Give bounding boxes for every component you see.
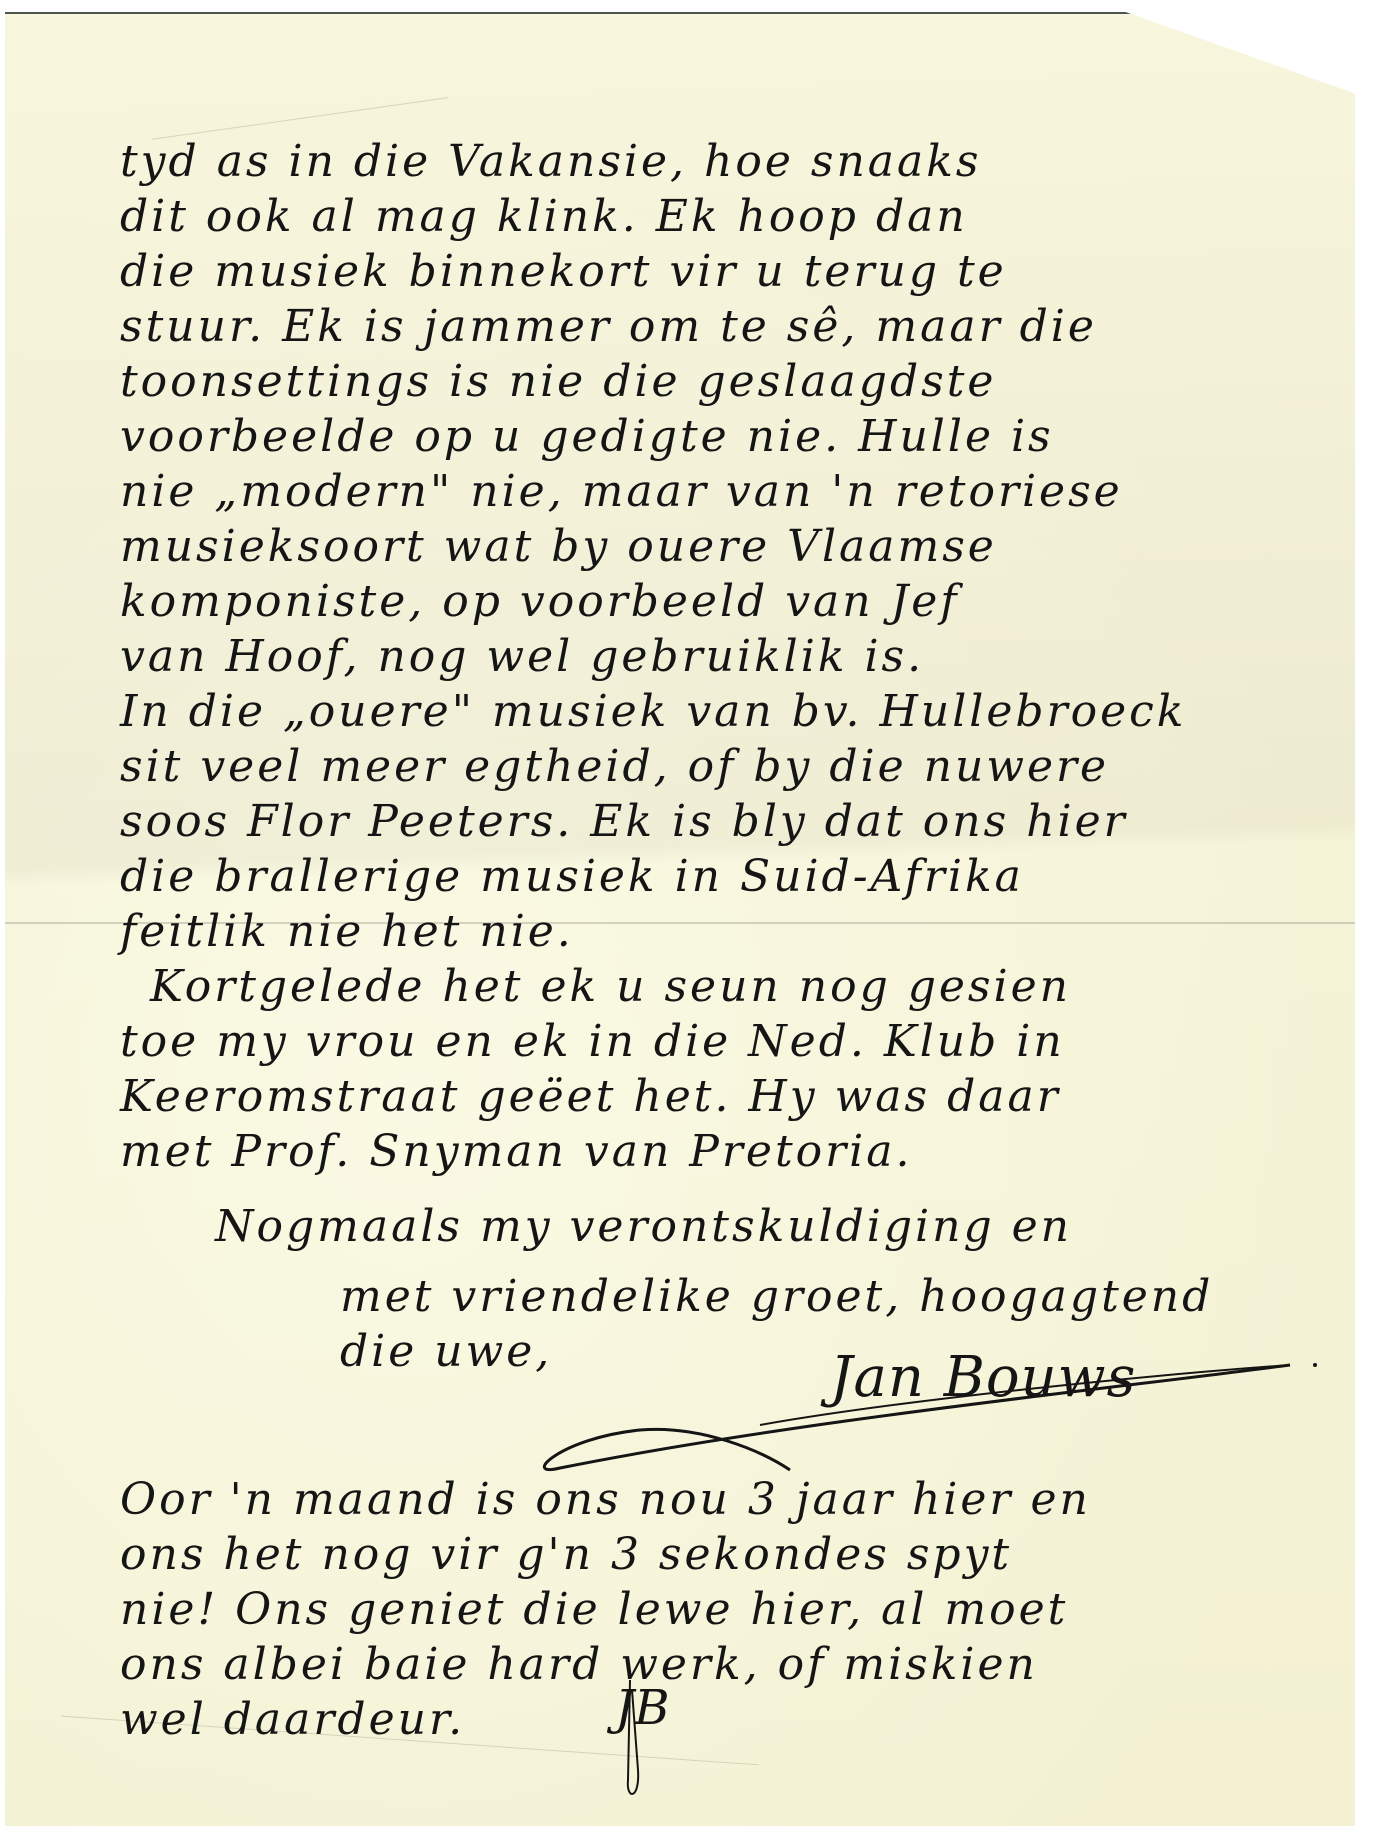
letter-body: tyd as in die Vakansie, hoe snaaks dit o…: [0, 0, 1379, 1835]
signature-flourish-icon: [0, 0, 1379, 1835]
